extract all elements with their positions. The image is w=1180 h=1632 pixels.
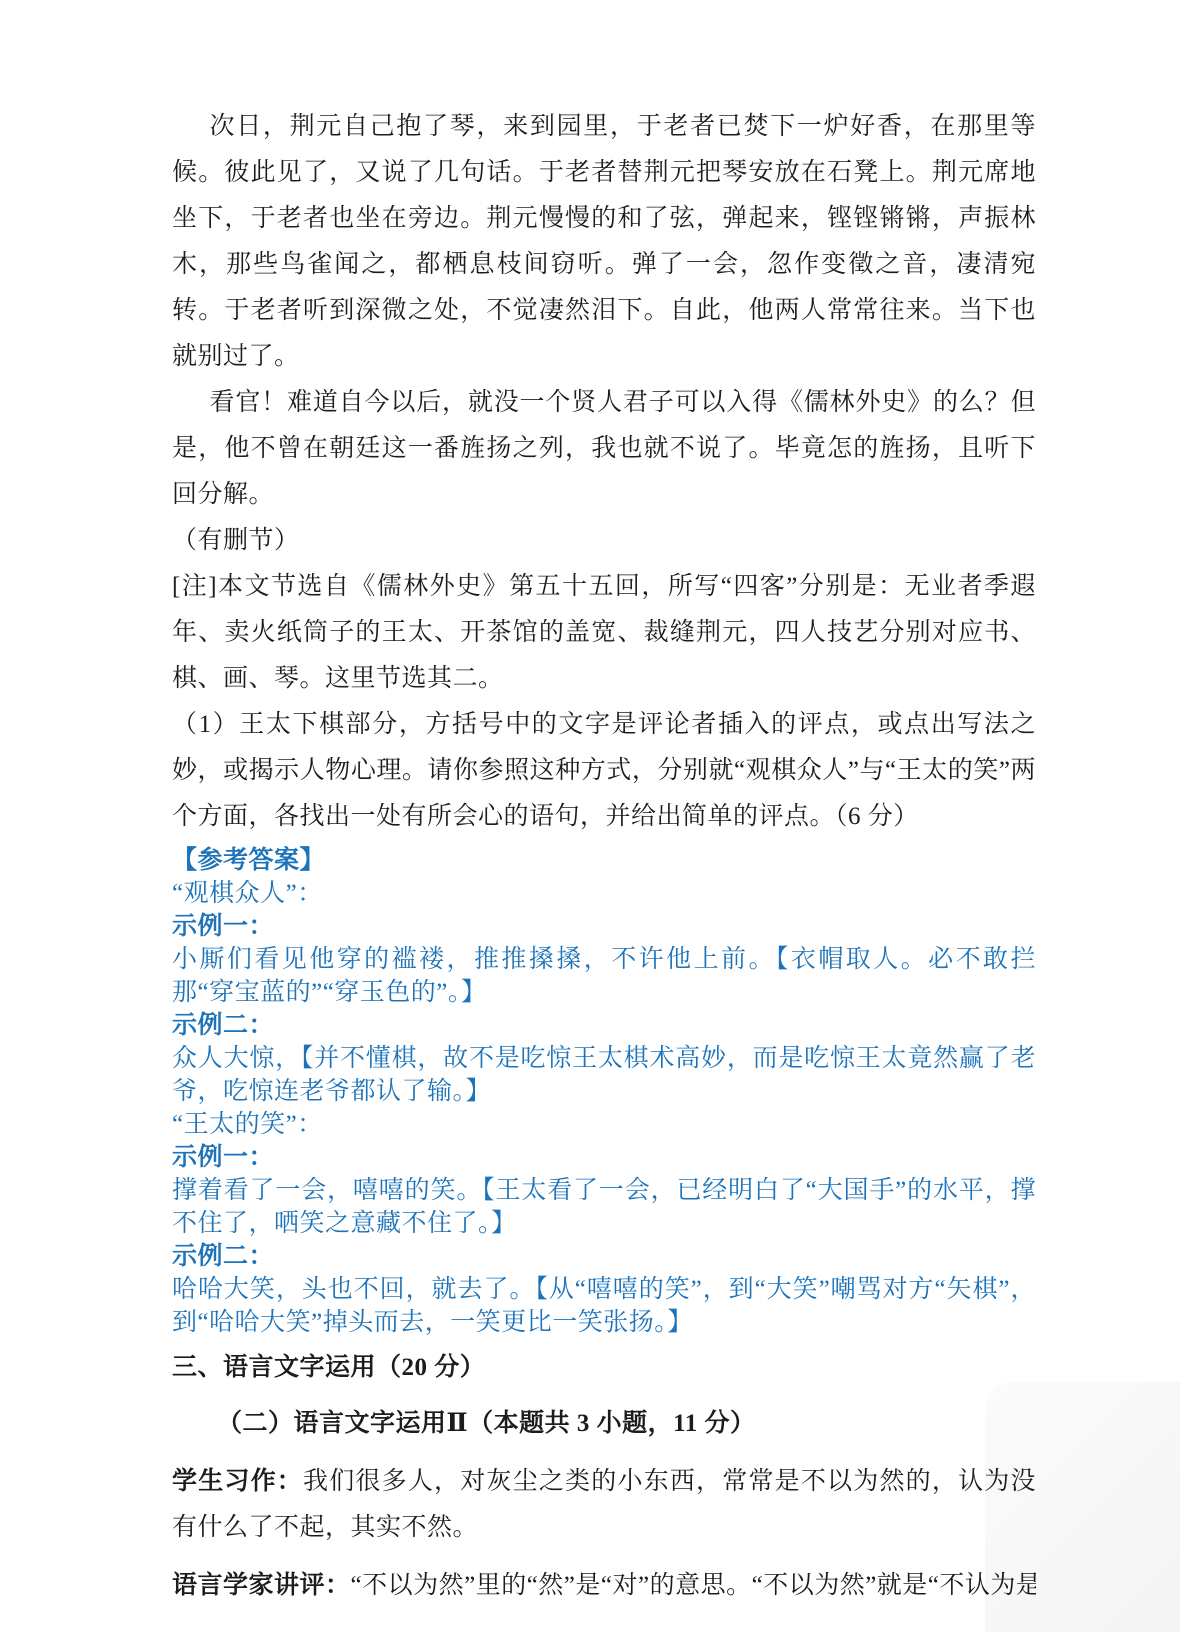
answer-group2-title: “王太的笑”： (172, 1108, 1036, 1141)
answer-example4-text: 哈哈大笑，头也不回，就去了。【从“嘻嘻的笑”，到“大笑”嘲骂对方“矢棋”，到“哈… (172, 1273, 1036, 1339)
answer-example2-label: 示例二： (172, 1009, 1036, 1042)
paragraph-kanguan-closing: 看官！难道自今以后，就没一个贤人君子可以入得《儒林外史》的么？但是，他不曾在朝廷… (172, 380, 1036, 518)
linguist-comment-paragraph: 语言学家讲评：“不以为然”里的“然”是“对”的意思。“不以为然”就是“不认为是对 (172, 1563, 1036, 1609)
reference-answer-header: 【参考答案】 (172, 844, 1036, 877)
answer-example2-text: 众人大惊，【并不懂棋，故不是吃惊王太棋术高妙，而是吃惊王太竟然赢了老爷，吃惊连老… (172, 1042, 1036, 1108)
answer-example4-label: 示例二： (172, 1240, 1036, 1273)
student-writing-paragraph: 学生习作：我们很多人，对灰尘之类的小东西，常常是不以为然的，认为没有什么了不起，… (172, 1459, 1036, 1551)
answer-example3-label: 示例一： (172, 1141, 1036, 1174)
source-note: [注]本文节选自《儒林外史》第五十五回，所写“四客”分别是：无业者季遐年、卖火纸… (172, 564, 1036, 702)
answer-example3-text: 撑着看了一会，嘻嘻的笑。【王太看了一会，已经明白了“大国手”的水平，撑不住了，哂… (172, 1174, 1036, 1240)
question-1: （1）王太下棋部分，方括号中的文字是评论者插入的评点，或点出写法之妙，或揭示人物… (172, 702, 1036, 840)
answer-example1-text: 小厮们看见他穿的褴褛，推推搡搡，不许他上前。【衣帽取人。必不敢拦那“穿宝蓝的”“… (172, 943, 1036, 1009)
student-writing-label: 学生习作： (172, 1468, 303, 1495)
section-heading-language-use: 三、语言文字运用（20 分） (172, 1345, 1036, 1391)
linguist-comment-label: 语言学家讲评： (172, 1572, 351, 1599)
answer-example1-label: 示例一： (172, 910, 1036, 943)
paragraph-jingyuan-qin-story: 次日，荆元自己抱了琴，来到园里，于老者已焚下一炉好香，在那里等候。彼此见了，又说… (172, 104, 1036, 380)
subsection-heading-language-use-2: （二）语言文字运用Ⅱ（本题共 3 小题，11 分） (172, 1401, 1036, 1447)
answer-group1-title: “观棋众人”： (172, 877, 1036, 910)
deletion-note: （有删节） (172, 518, 1036, 564)
document-page: 次日，荆元自己抱了琴，来到园里，于老者已焚下一炉好香，在那里等候。彼此见了，又说… (172, 104, 1036, 1609)
reference-answer-block: 【参考答案】 “观棋众人”： 示例一： 小厮们看见他穿的褴褛，推推搡搡，不许他上… (172, 844, 1036, 1339)
linguist-comment-text: “不以为然”里的“然”是“对”的意思。“不以为然”就是“不认为是对 (351, 1572, 1036, 1599)
